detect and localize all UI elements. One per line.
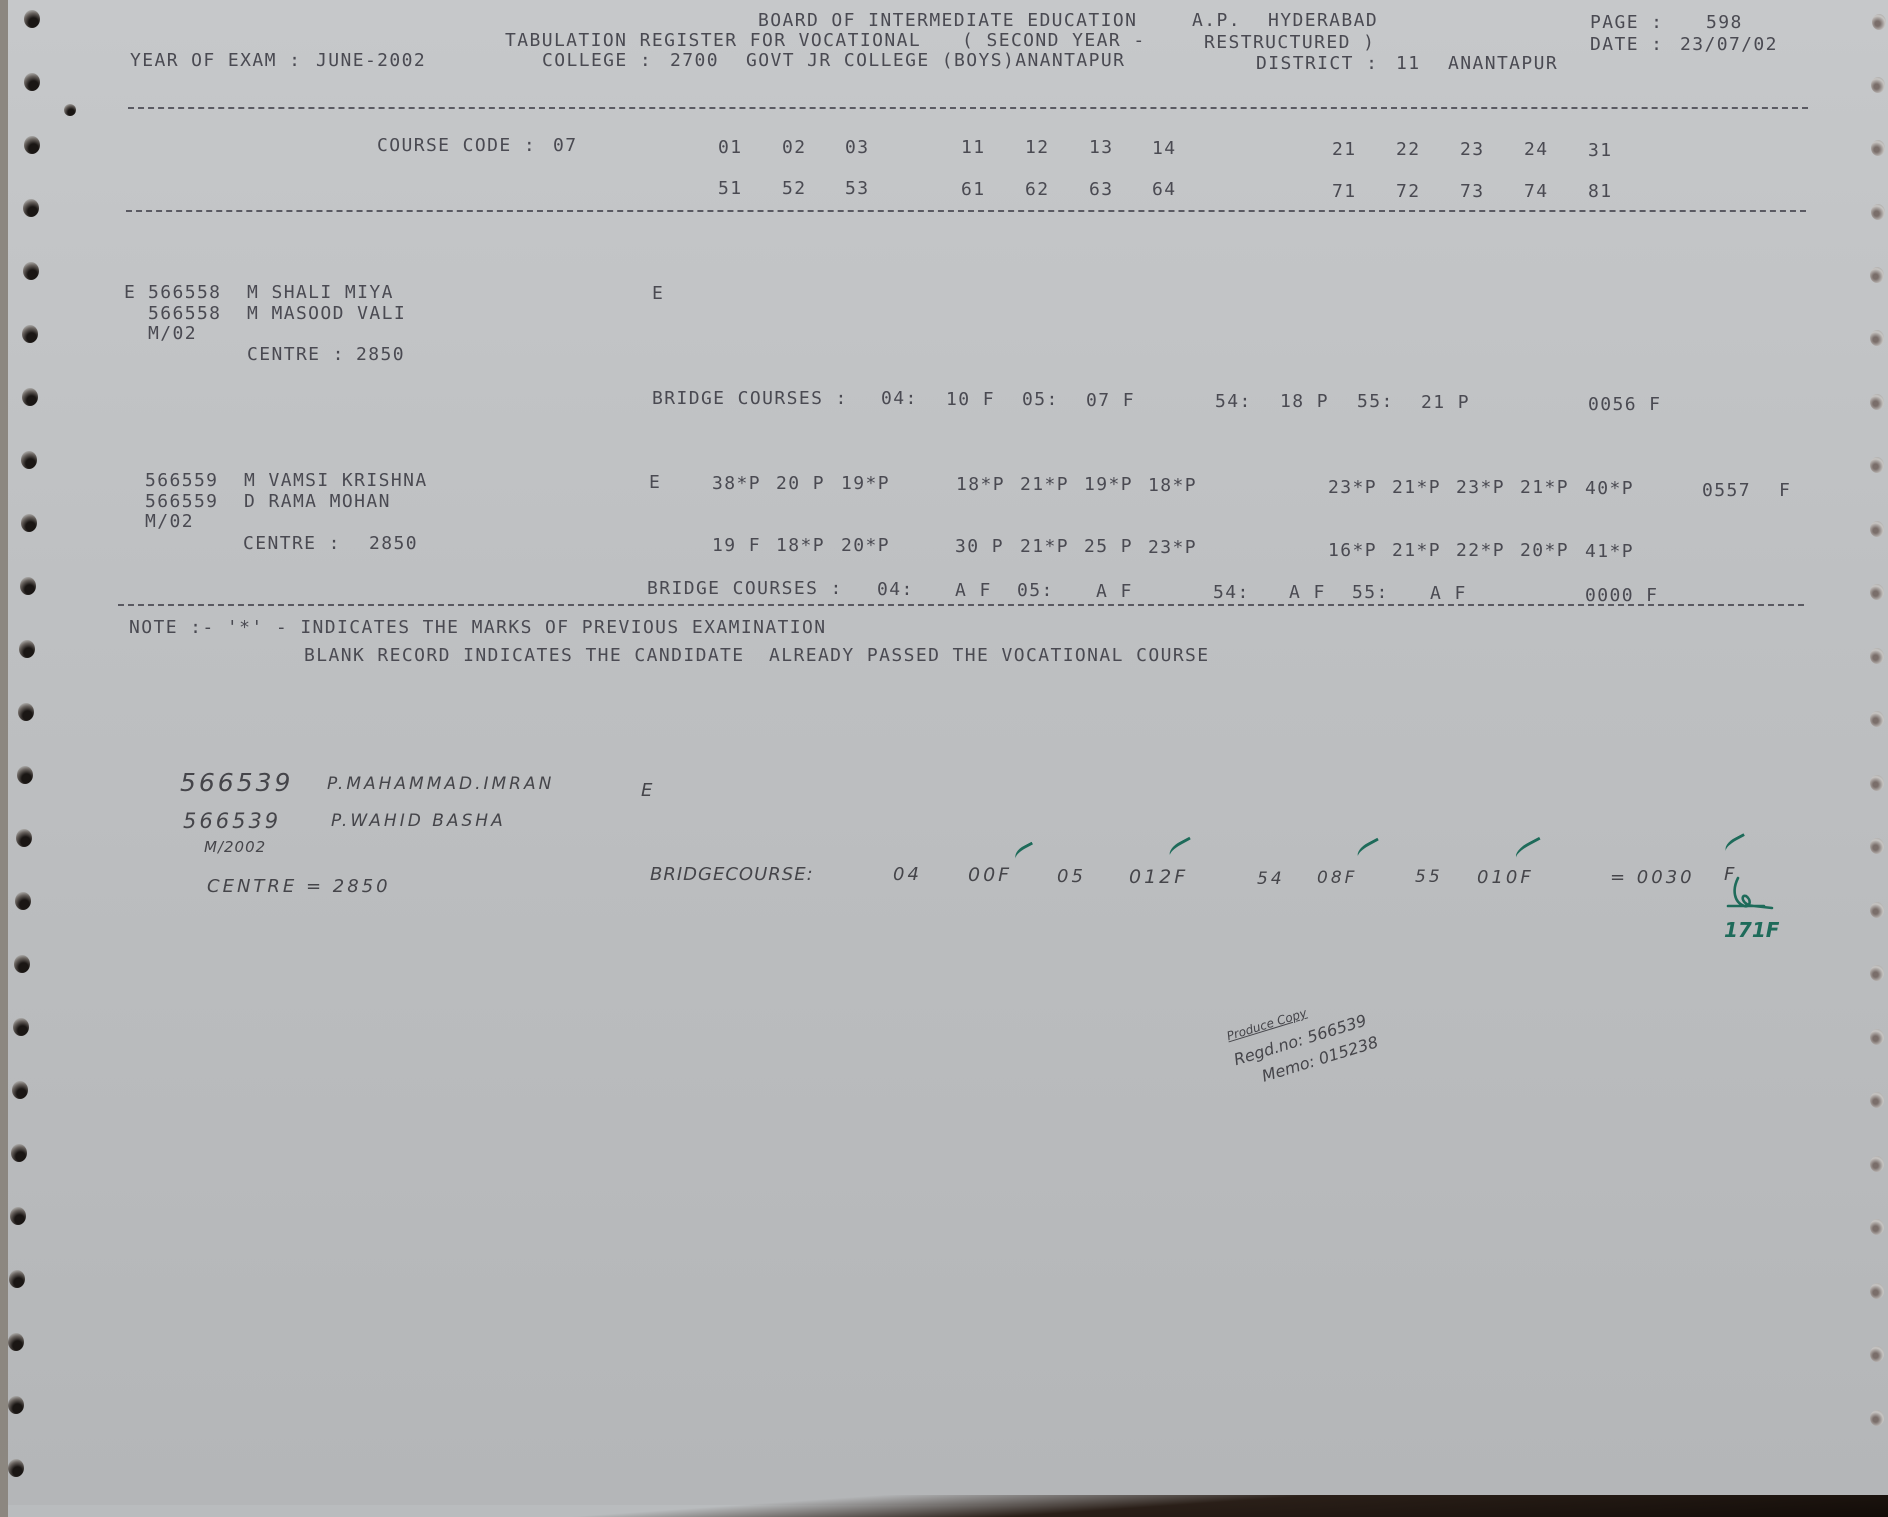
subject-code: 74 xyxy=(1524,183,1548,201)
subject-code: 01 xyxy=(718,139,742,157)
sprocket-hole-icon xyxy=(1870,521,1884,537)
sprocket-hole-icon xyxy=(1870,648,1884,664)
subject-code: 64 xyxy=(1152,181,1176,199)
sprocket-hole-icon xyxy=(1870,1410,1884,1426)
subject-mark: 21*P xyxy=(1392,479,1441,497)
tabulation-register-sheet xyxy=(8,0,1888,1505)
sprocket-hole-icon xyxy=(1870,330,1884,346)
bridge-total: 0056 F xyxy=(1588,396,1661,414)
hw-green-annotation: 171F xyxy=(1724,918,1779,942)
subject-mark: 25 P xyxy=(1084,538,1133,556)
divider xyxy=(128,107,1808,109)
bridge-mark: 21 P xyxy=(1421,394,1470,412)
sprocket-hole-icon xyxy=(1870,902,1884,918)
candidate-name: M SHALI MIYA xyxy=(247,284,394,302)
district-code: 11 xyxy=(1396,55,1420,73)
subject-code: 63 xyxy=(1089,181,1113,199)
sprocket-hole-icon xyxy=(1870,1029,1884,1045)
hw-bridge-label: BRIDGECOURSE: xyxy=(650,864,814,885)
bridge-mark: A F xyxy=(1430,585,1467,603)
subject-mark: 38*P xyxy=(712,475,761,493)
sprocket-hole-icon xyxy=(21,451,37,469)
subject-mark: 41*P xyxy=(1585,543,1634,561)
sprocket-hole-icon xyxy=(20,577,36,595)
bridge-mark: A F xyxy=(1096,583,1133,601)
registration-number: 566559 xyxy=(145,472,218,490)
subject-mark: 20 P xyxy=(776,475,825,493)
hw-bridge-total: = 0030 xyxy=(1610,867,1695,888)
sprocket-hole-icon xyxy=(16,829,32,847)
scan-shadow xyxy=(0,1495,1888,1517)
sprocket-hole-icon xyxy=(1870,457,1884,473)
sprocket-hole-icon xyxy=(24,10,40,28)
date-label: DATE : xyxy=(1590,36,1663,54)
sprocket-hole-icon xyxy=(1870,1283,1884,1299)
green-signature-icon xyxy=(1724,876,1778,916)
bridge-code: 04: xyxy=(877,581,914,599)
subject-mark: 23*P xyxy=(1456,479,1505,497)
bridge-code: 54: xyxy=(1215,393,1252,411)
subject-code: 53 xyxy=(845,180,869,198)
sprocket-hole-icon xyxy=(1872,14,1886,30)
subject-code: 21 xyxy=(1332,141,1356,159)
college-label: COLLEGE : xyxy=(542,52,652,70)
hw-exam-session: M/2002 xyxy=(204,838,266,856)
centre-label: CENTRE : xyxy=(247,346,345,364)
hw-bridge-mark: 08F xyxy=(1317,868,1357,888)
subject-mark: 20*P xyxy=(1520,542,1569,560)
subject-mark: 21*P xyxy=(1392,542,1441,560)
father-name: D RAMA MOHAN xyxy=(244,493,391,511)
subject-mark: 19*P xyxy=(841,475,890,493)
sprocket-hole-icon xyxy=(21,514,37,532)
subject-mark: 21*P xyxy=(1020,476,1069,494)
board-state: A.P. xyxy=(1192,12,1241,30)
sprocket-hole-icon xyxy=(24,136,40,154)
sprocket-hole-icon xyxy=(13,1018,29,1036)
sprocket-hole-icon xyxy=(1870,965,1884,981)
subject-code: 11 xyxy=(961,139,985,157)
subject-code: 52 xyxy=(782,180,806,198)
subject-mark: 40*P xyxy=(1585,480,1634,498)
subject-code: 24 xyxy=(1524,141,1548,159)
exam-session: M/02 xyxy=(148,325,197,343)
centre-code: 2850 xyxy=(369,535,418,553)
sprocket-hole-icon xyxy=(8,1459,24,1477)
sprocket-hole-icon xyxy=(22,325,38,343)
divider xyxy=(126,210,1806,212)
sprocket-hole-icon xyxy=(12,1081,28,1099)
bridge-code: 55: xyxy=(1357,393,1394,411)
hw-medium-code: E xyxy=(641,780,655,801)
subject-code: 23 xyxy=(1460,141,1484,159)
sprocket-hole-icon xyxy=(1871,140,1885,156)
hw-centre: CENTRE = 2850 xyxy=(207,876,391,897)
college-name: GOVT JR COLLEGE (BOYS)ANANTAPUR xyxy=(746,52,1125,70)
course-code-value: 07 xyxy=(553,137,577,155)
course-code-label: COURSE CODE : xyxy=(377,137,536,155)
centre-code: 2850 xyxy=(356,346,405,364)
record-prefix: E xyxy=(124,284,136,302)
sprocket-hole-icon xyxy=(17,766,33,784)
year-label: YEAR OF EXAM : xyxy=(130,52,301,70)
sprocket-hole-icon xyxy=(1870,1219,1884,1235)
grand-total: 0557 xyxy=(1702,482,1751,500)
hw-candidate-name: P.MAHAMMAD.IMRAN xyxy=(327,774,554,794)
paper-edge xyxy=(0,0,8,1517)
registration-number-2: 566558 xyxy=(148,305,221,323)
sprocket-hole-icon xyxy=(1871,204,1885,220)
sprocket-hole-icon xyxy=(10,1207,26,1225)
district-label: DISTRICT : xyxy=(1256,55,1378,73)
divider xyxy=(118,604,1804,606)
subject-mark: 18*P xyxy=(776,537,825,555)
subject-code: 02 xyxy=(782,139,806,157)
bridge-mark: 07 F xyxy=(1086,392,1135,410)
subject-mark: 20*P xyxy=(841,537,890,555)
sprocket-hole-icon xyxy=(1870,1092,1884,1108)
hw-father-name: P.WAHID BASHA xyxy=(331,811,506,831)
register-subtitle-1: ( SECOND YEAR - xyxy=(962,32,1146,50)
subject-mark: 19 F xyxy=(712,537,761,555)
subject-code: 73 xyxy=(1460,183,1484,201)
subject-code: 61 xyxy=(961,181,985,199)
bridge-mark: 18 P xyxy=(1280,393,1329,411)
hw-bridge-code: 04 xyxy=(893,864,922,885)
subject-code: 71 xyxy=(1332,183,1356,201)
subject-mark: 18*P xyxy=(956,476,1005,494)
subject-mark: 23*P xyxy=(1148,539,1197,557)
subject-code: 12 xyxy=(1025,139,1049,157)
note-line-2: BLANK RECORD INDICATES THE CANDIDATE ALR… xyxy=(304,647,1210,665)
hw-bridge-code: 05 xyxy=(1057,866,1086,887)
subject-mark: 21*P xyxy=(1020,538,1069,556)
medium-code: E xyxy=(652,285,664,303)
hw-bridge-mark: 00F xyxy=(968,864,1012,886)
bridge-total: 0000 F xyxy=(1585,587,1658,605)
board-title: BOARD OF INTERMEDIATE EDUCATION xyxy=(758,12,1137,30)
subject-code: 62 xyxy=(1025,181,1049,199)
subject-mark: 30 P xyxy=(955,538,1004,556)
bridge-code: 04: xyxy=(881,390,918,408)
sprocket-hole-icon xyxy=(23,262,39,280)
hw-bridge-mark: 010F xyxy=(1477,867,1534,888)
sprocket-hole-icon xyxy=(1870,584,1884,600)
sprocket-hole-icon xyxy=(1870,394,1884,410)
subject-code: 14 xyxy=(1152,140,1176,158)
sprocket-hole-icon xyxy=(1870,775,1884,791)
page-number: 598 xyxy=(1706,14,1743,32)
sprocket-hole-icon xyxy=(22,388,38,406)
page-label: PAGE : xyxy=(1590,14,1663,32)
bridge-mark: A F xyxy=(1289,584,1326,602)
district-name: ANANTAPUR xyxy=(1448,55,1558,73)
candidate-name: M VAMSI KRISHNA xyxy=(244,472,428,490)
college-code: 2700 xyxy=(670,52,719,70)
board-city: HYDERABAD xyxy=(1268,12,1378,30)
subject-code: 03 xyxy=(845,139,869,157)
note-line-1: NOTE :- '*' - INDICATES THE MARKS OF PRE… xyxy=(129,619,827,637)
bridge-code: 05: xyxy=(1017,582,1054,600)
bridge-courses-label: BRIDGE COURSES : xyxy=(647,580,843,598)
subject-mark: 22*P xyxy=(1456,542,1505,560)
sprocket-hole-icon xyxy=(1870,1156,1884,1172)
bridge-mark: 10 F xyxy=(946,391,995,409)
subject-mark: 23*P xyxy=(1328,479,1377,497)
subject-mark: 16*P xyxy=(1328,542,1377,560)
sprocket-hole-icon xyxy=(19,640,35,658)
subject-code: 72 xyxy=(1396,183,1420,201)
registration-number: 566558 xyxy=(148,284,221,302)
bridge-courses-label: BRIDGE COURSES : xyxy=(652,390,848,408)
hw-bridge-code: 55 xyxy=(1415,867,1443,887)
register-title: TABULATION REGISTER FOR VOCATIONAL xyxy=(505,32,921,50)
sprocket-hole-icon xyxy=(8,1396,24,1414)
sprocket-hole-icon xyxy=(24,73,40,91)
hw-registration-number: 566539 xyxy=(180,768,293,797)
hw-registration-number-2: 566539 xyxy=(183,809,281,833)
sprocket-hole-icon xyxy=(1871,77,1885,93)
bridge-code: 05: xyxy=(1022,391,1059,409)
hw-bridge-code: 54 xyxy=(1257,869,1285,889)
medium-code: E xyxy=(649,474,661,492)
sprocket-hole-icon xyxy=(18,703,34,721)
subject-code: 31 xyxy=(1588,142,1612,160)
registration-number-2: 566559 xyxy=(145,493,218,511)
sprocket-hole-icon xyxy=(1870,838,1884,854)
sprocket-hole-icon xyxy=(23,199,39,217)
hw-bridge-mark: 012F xyxy=(1129,866,1188,888)
bridge-code: 55: xyxy=(1352,584,1389,602)
exam-session: M/02 xyxy=(145,513,194,531)
centre-label: CENTRE : xyxy=(243,535,341,553)
punch-mark-icon xyxy=(64,104,76,116)
sprocket-hole-icon xyxy=(15,892,31,910)
sprocket-hole-icon xyxy=(9,1270,25,1288)
sprocket-hole-icon xyxy=(11,1144,27,1162)
sprocket-hole-icon xyxy=(1870,711,1884,727)
subject-code: 51 xyxy=(718,180,742,198)
bridge-code: 54: xyxy=(1213,584,1250,602)
subject-code: 22 xyxy=(1396,141,1420,159)
date-value: 23/07/02 xyxy=(1680,36,1778,54)
subject-code: 81 xyxy=(1588,183,1612,201)
subject-mark: 21*P xyxy=(1520,479,1569,497)
sprocket-hole-icon xyxy=(14,955,30,973)
subject-code: 13 xyxy=(1089,139,1113,157)
bridge-mark: A F xyxy=(955,582,992,600)
subject-mark: 19*P xyxy=(1084,476,1133,494)
subject-mark: 18*P xyxy=(1148,477,1197,495)
father-name: M MASOOD VALI xyxy=(247,305,406,323)
sprocket-hole-icon xyxy=(1870,267,1884,283)
year-value: JUNE-2002 xyxy=(316,52,426,70)
sprocket-hole-icon xyxy=(1870,1346,1884,1362)
register-subtitle-2: RESTRUCTURED ) xyxy=(1204,34,1375,52)
result-status: F xyxy=(1779,482,1791,500)
sprocket-hole-icon xyxy=(8,1333,24,1351)
